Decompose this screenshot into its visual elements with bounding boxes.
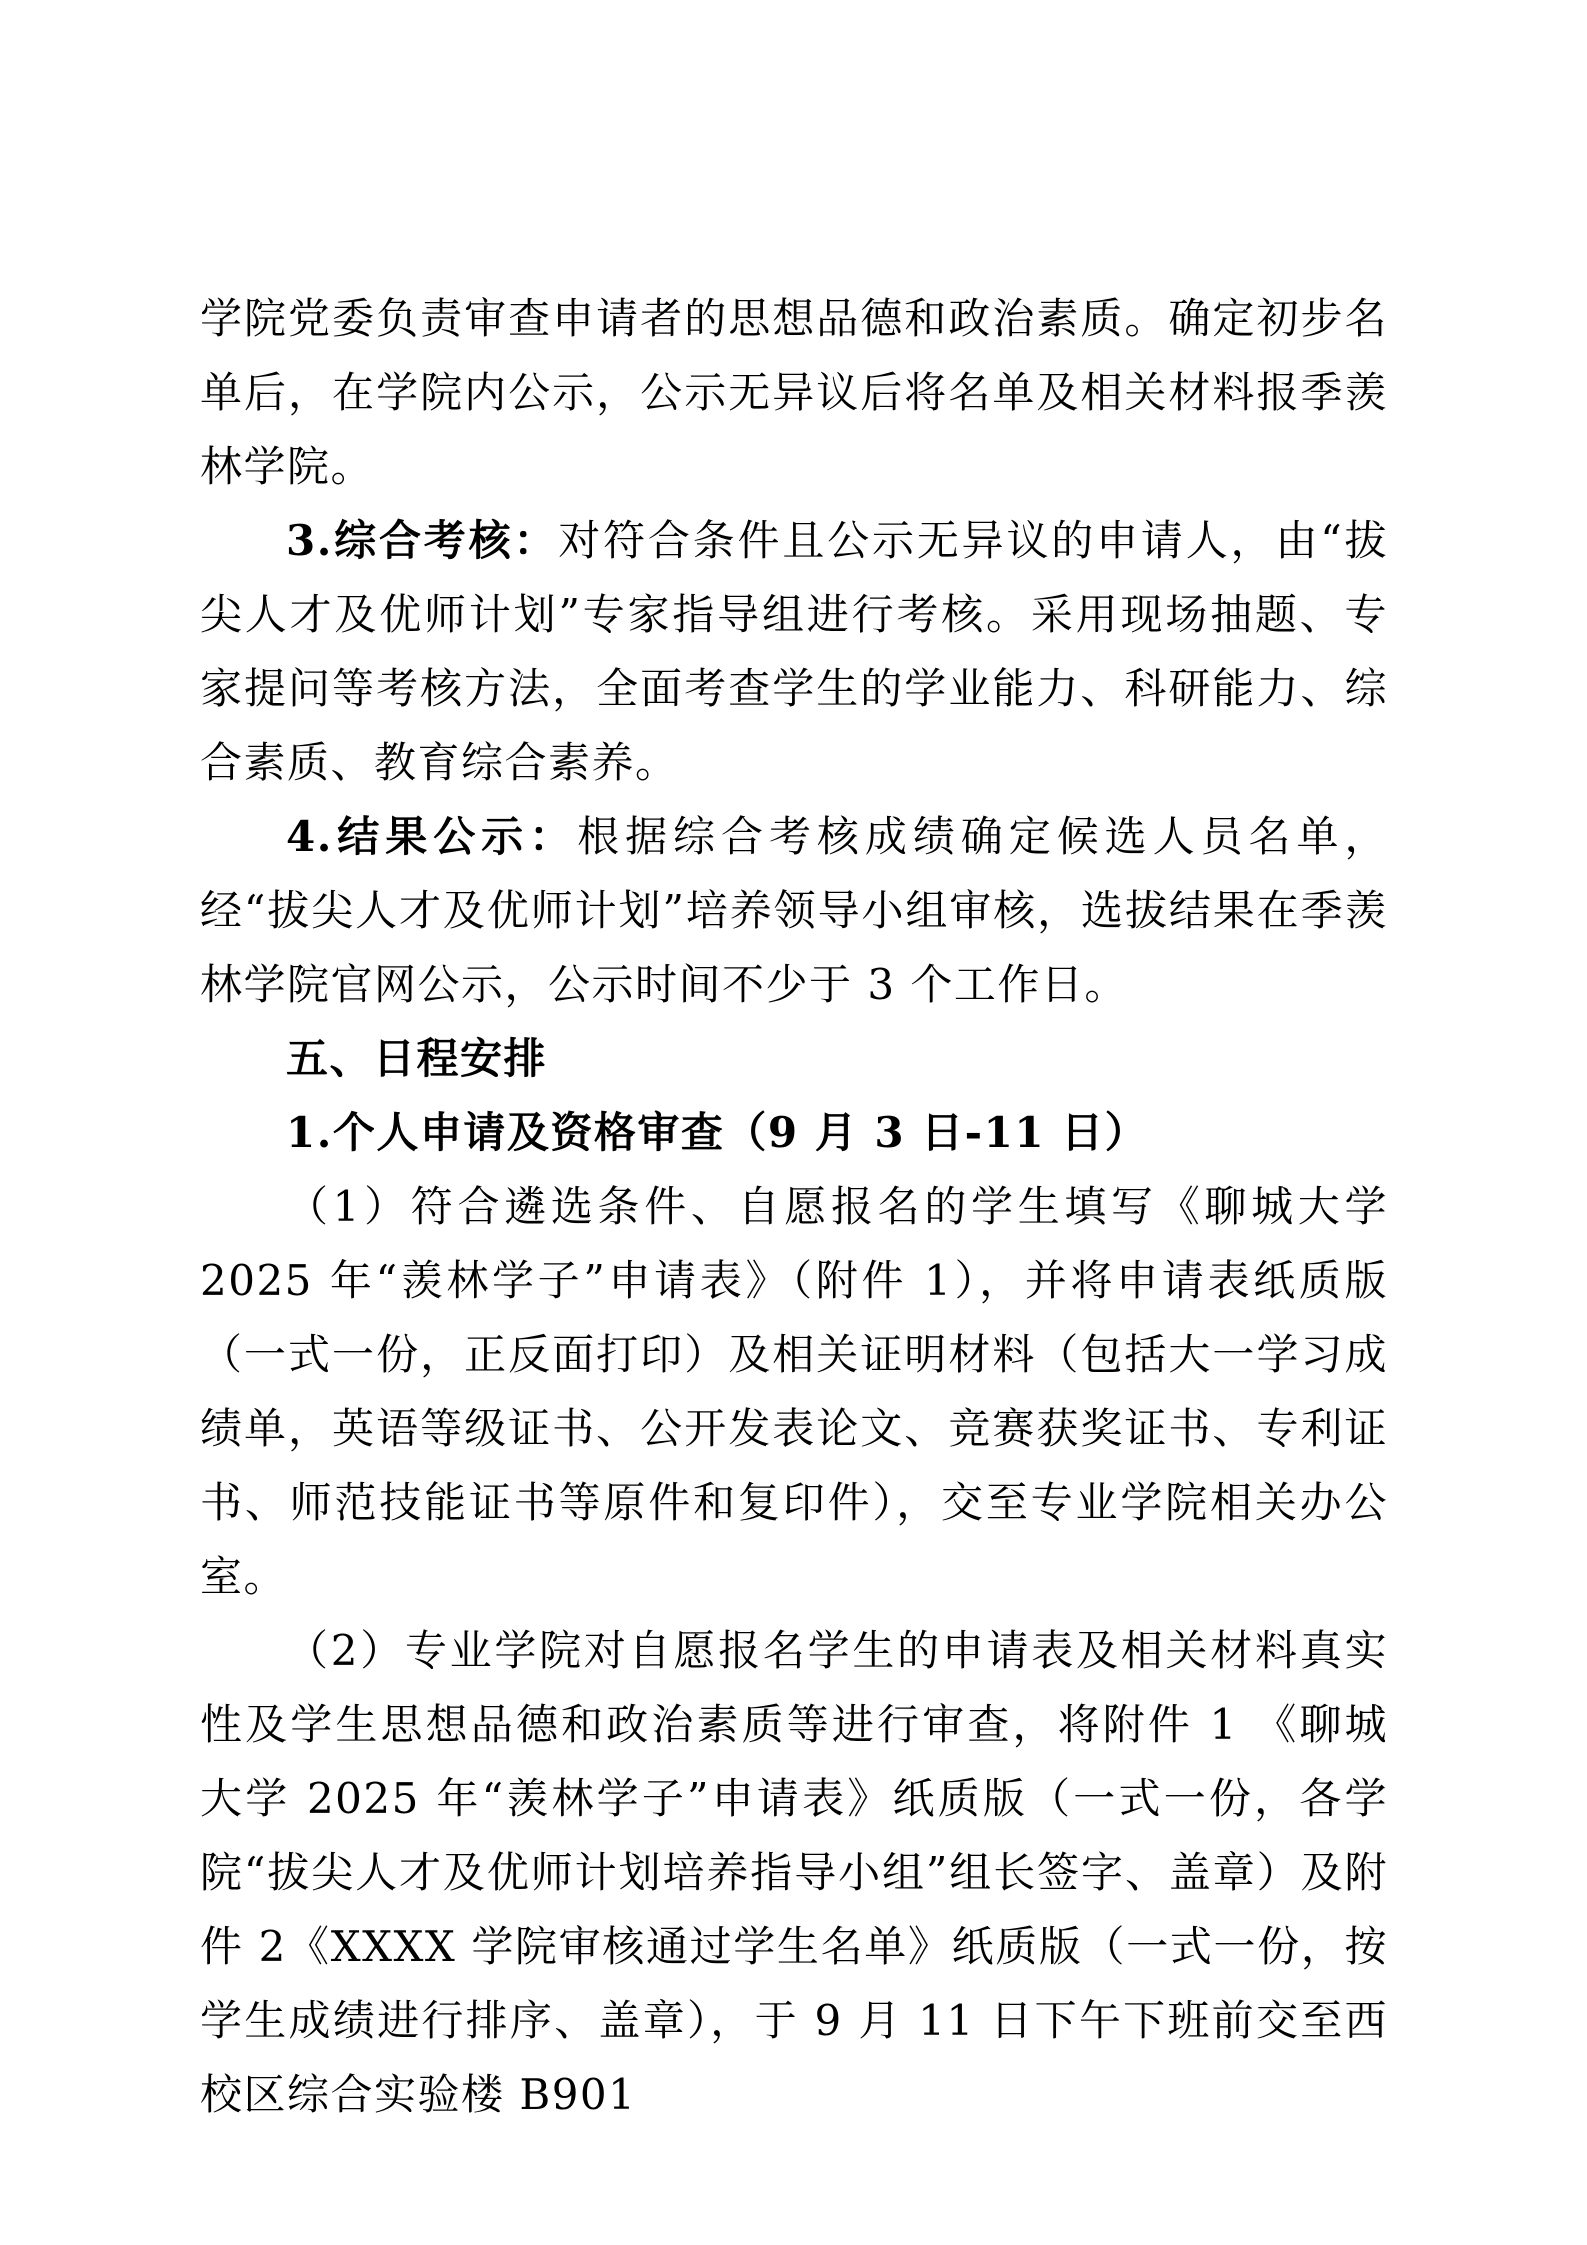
- list-item: （1）符合遴选条件、自愿报名的学生填写《聊城大学 2025 年“羡林学子”申请表…: [200, 1170, 1388, 1614]
- list-item-text: （2）专业学院对自愿报名学生的申请表及相关材料真实性及学生思想品德和政治素质等进…: [200, 1626, 1388, 2119]
- paragraph-continuation: 学院党委负责审查申请者的思想品德和政治素质。确定初步名单后，在学院内公示，公示无…: [200, 282, 1388, 504]
- paragraph-lead: 4.结果公示：: [286, 812, 577, 861]
- paragraph-text: 学院党委负责审查申请者的思想品德和政治素质。确定初步名单后，在学院内公示，公示无…: [200, 294, 1388, 491]
- list-item-text: （1）符合遴选条件、自愿报名的学生填写《聊城大学 2025 年“羡林学子”申请表…: [200, 1182, 1388, 1601]
- paragraph-lead: 3.综合考核：: [286, 516, 558, 565]
- paragraph-comprehensive-assessment: 3.综合考核：对符合条件且公示无异议的申请人，由“拔尖人才及优师计划”专家指导组…: [200, 504, 1388, 800]
- subsection-heading-application: 1.个人申请及资格审查（9 月 3 日-11 日）: [200, 1096, 1388, 1170]
- list-item: （2）专业学院对自愿报名学生的申请表及相关材料真实性及学生思想品德和政治素质等进…: [200, 1614, 1388, 2132]
- document-page: 学院党委负责审查申请者的思想品德和政治素质。确定初步名单后，在学院内公示，公示无…: [200, 282, 1388, 2132]
- section-heading-schedule: 五、日程安排: [200, 1022, 1388, 1096]
- paragraph-result-announcement: 4.结果公示：根据综合考核成绩确定候选人员名单，经“拔尖人才及优师计划”培养领导…: [200, 800, 1388, 1022]
